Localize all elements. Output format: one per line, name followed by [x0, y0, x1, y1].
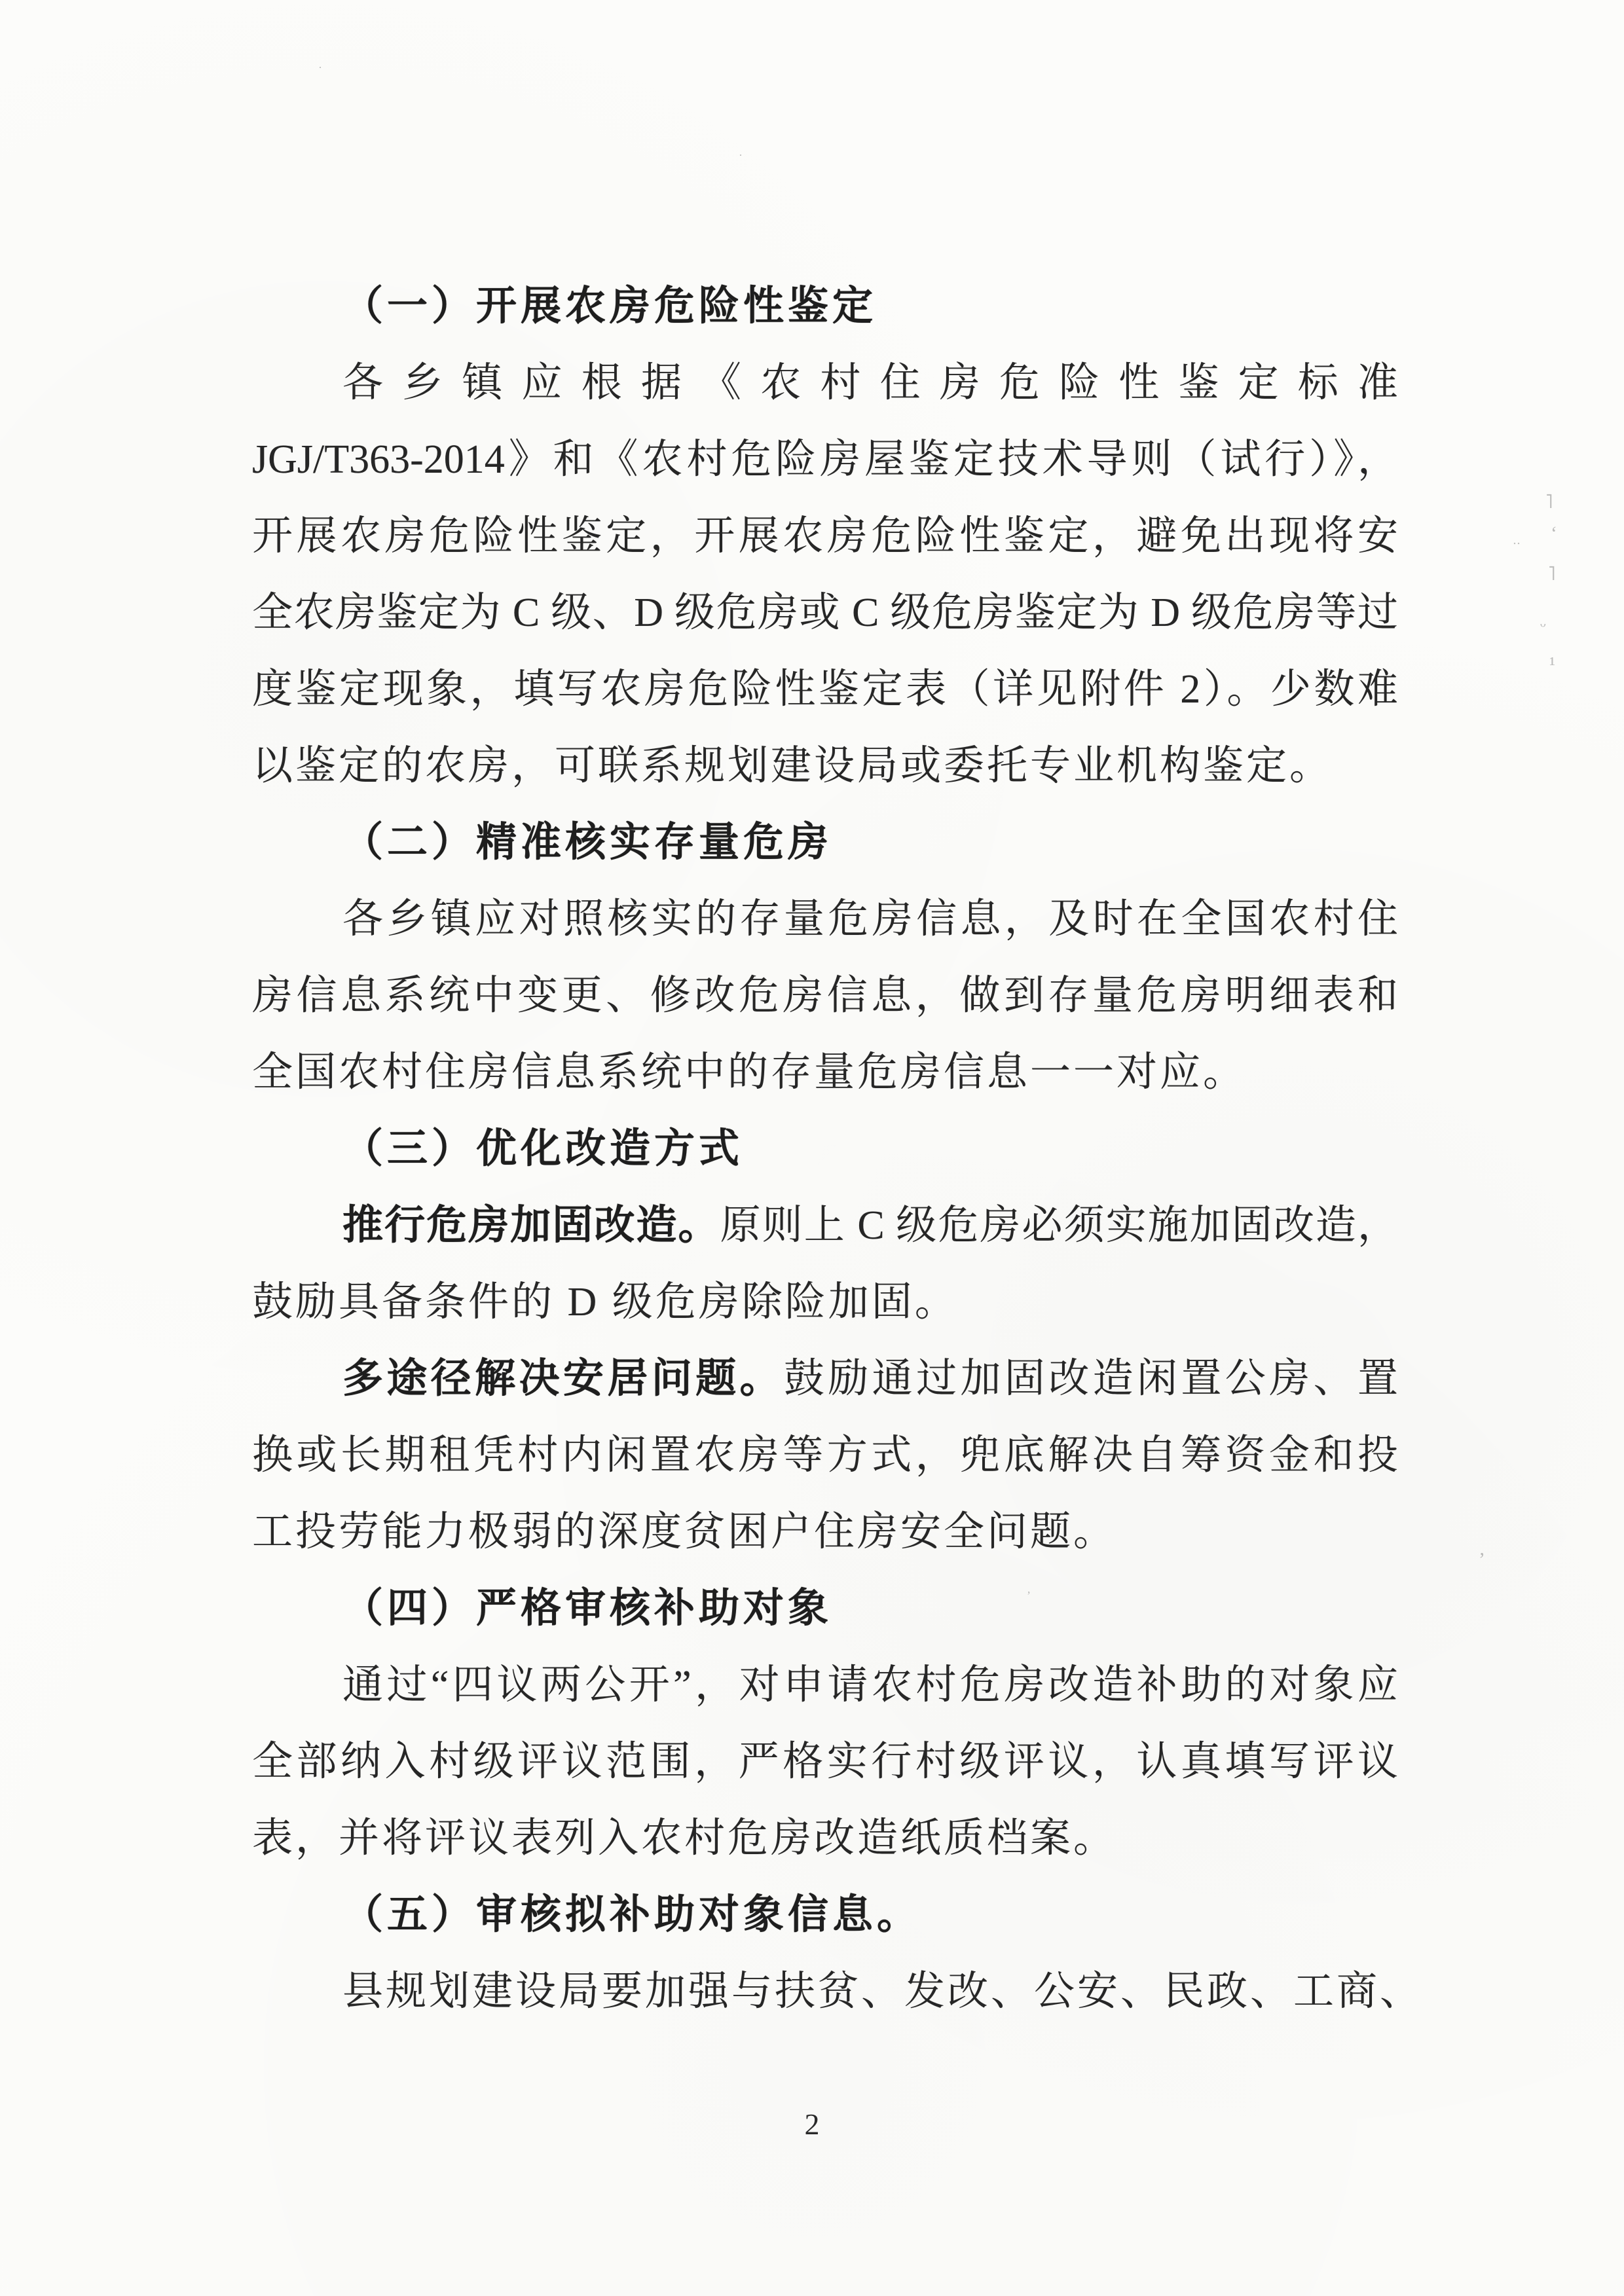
scan-speck: ˥ — [1545, 492, 1553, 512]
paragraph-text: 原则上 C 级危房必须实施加固改造， — [720, 1203, 1398, 1248]
paragraph-line: JGJ/T363-2014》和《农村危险房屋鉴定技术导则（试行）》， — [252, 422, 1398, 498]
scan-speck: ʻ — [1551, 524, 1557, 543]
scan-speck: ˥ — [1548, 564, 1555, 584]
document-page: （一）开展农房危险性鉴定 各乡镇应根据《农村住房危险性鉴定标准 JGJ/T363… — [0, 0, 1624, 2296]
scan-speck: ¹ — [1549, 655, 1555, 674]
paragraph-line: 度鉴定现象，填写农房危险性鉴定表（详见附件 2）。少数难 — [252, 651, 1398, 728]
paragraph-line: 各乡镇应根据《农村住房危险性鉴定标准 — [252, 345, 1398, 422]
paragraph-line: 各乡镇应对照核实的存量危房信息，及时在全国农村住 — [252, 881, 1398, 958]
page-number: 2 — [0, 2107, 1624, 2141]
paragraph-line: 工投劳能力极弱的深度贫困户住房安全问题。 — [252, 1494, 1398, 1571]
scan-speck: · — [318, 58, 322, 77]
paragraph-line: 换或长期租凭村内闲置农房等方式，兜底解决自筹资金和投 — [252, 1417, 1398, 1494]
bold-lead: 推行危房加固改造。 — [342, 1203, 720, 1248]
paragraph-line: 全部纳入村级评议范围，严格实行村级评议，认真填写评议 — [252, 1724, 1398, 1800]
paragraph-line: 推行危房加固改造。原则上 C 级危房必须实施加固改造， — [252, 1188, 1398, 1264]
scan-speck: ‥ — [1513, 530, 1521, 550]
section-heading-3: （三）优化改造方式 — [252, 1111, 1398, 1188]
paragraph-line: 以鉴定的农房，可联系规划建设局或委托专业机构鉴定。 — [252, 728, 1398, 805]
paragraph-line: 通过“四议两公开”，对申请农村危房改造补助的对象应 — [252, 1647, 1398, 1724]
bold-lead: 多途径解决安居问题。 — [342, 1357, 784, 1401]
scan-speck: ʼ — [1027, 1586, 1031, 1605]
scan-speck: · — [739, 145, 743, 165]
paragraph-line: 多途径解决安居问题。鼓励通过加固改造闲置公房、置 — [252, 1341, 1398, 1417]
section-heading-4: （四）严格审核补助对象 — [252, 1571, 1398, 1647]
paragraph-text: 鼓励通过加固改造闲置公房、置 — [784, 1357, 1398, 1401]
section-heading-5: （五）审核拟补助对象信息。 — [252, 1877, 1398, 1954]
paragraph-line: 全国农村住房信息系统中的存量危房信息一一对应。 — [252, 1034, 1398, 1111]
paragraph-line: 开展农房危险性鉴定，开展农房危险性鉴定，避免出现将安 — [252, 498, 1398, 575]
paragraph-line: 表，并将评议表列入农村危房改造纸质档案。 — [252, 1800, 1398, 1877]
document-body: （一）开展农房危险性鉴定 各乡镇应根据《农村住房危险性鉴定标准 JGJ/T363… — [252, 268, 1398, 2030]
section-heading-1: （一）开展农房危险性鉴定 — [252, 268, 1398, 345]
scan-speck: ᵕ — [1540, 617, 1546, 636]
paragraph-line: 县规划建设局要加强与扶贫、发改、公安、民政、工商、 — [252, 1954, 1398, 2030]
paragraph-line: 房信息系统中变更、修改危房信息，做到存量危房明细表和 — [252, 958, 1398, 1034]
paragraph-line: 全农房鉴定为 C 级、D 级危房或 C 级危房鉴定为 D 级危房等过 — [252, 575, 1398, 651]
scan-speck: ʼ — [1479, 1550, 1485, 1570]
paragraph-line: 鼓励具备条件的 D 级危房除险加固。 — [252, 1264, 1398, 1341]
section-heading-2: （二）精准核实存量危房 — [252, 805, 1398, 881]
